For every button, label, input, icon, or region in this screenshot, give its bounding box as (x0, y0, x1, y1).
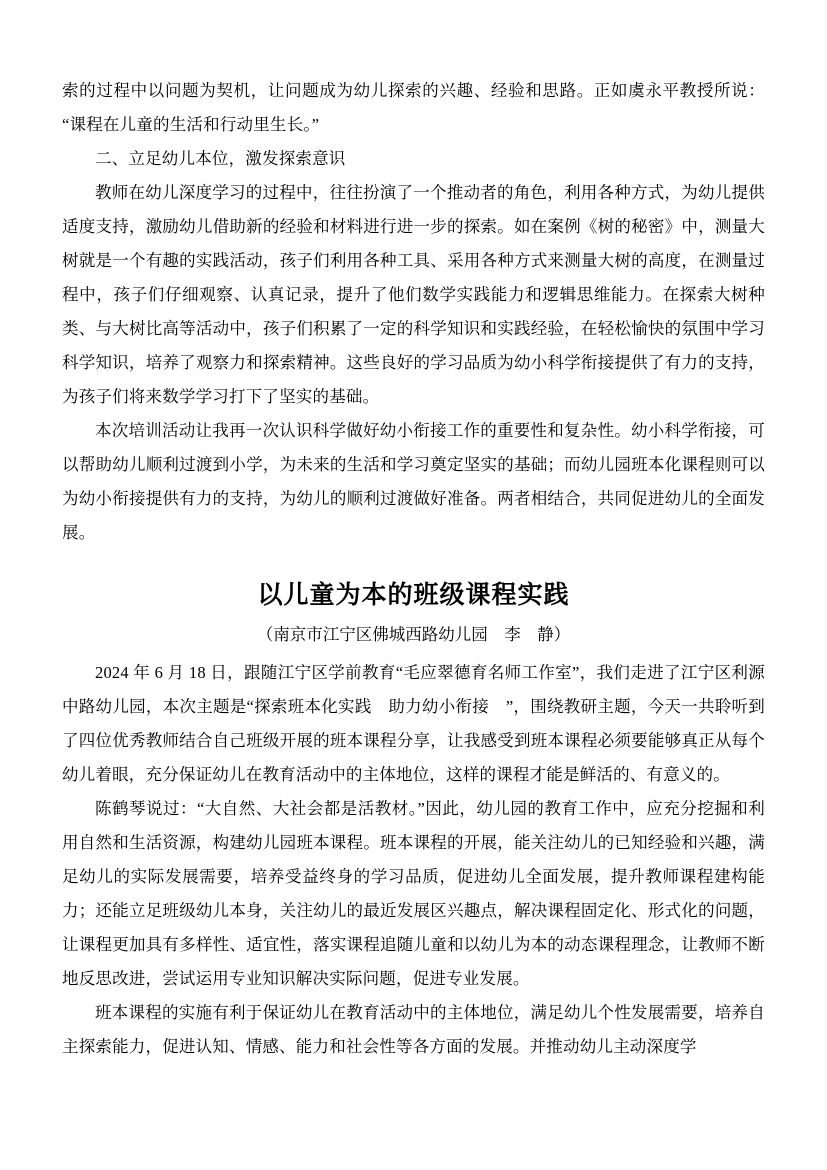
document-page: 索的过程中以问题为契机，让问题成为幼儿探索的兴趣、经验和思路。正如虞永平教授所说… (0, 0, 827, 1170)
paragraph-implementation: 班本课程的实施有利于保证幼儿在教育活动中的主体地位，满足幼儿个性发展需要，培养自… (62, 996, 765, 1064)
paragraph-chenheqin: 陈鹤琴说过：“大自然、大社会都是活教材。”因此，幼儿园的教育工作中，应充分挖掘和… (62, 792, 765, 996)
paragraph-training-summary: 本次培训活动让我再一次认识科学做好幼小衔接工作的重要性和复杂性。幼小科学衔接，可… (62, 414, 765, 550)
paragraph-visit: 2024 年 6 月 18 日，跟随江宁区学前教育“毛应翠德育名师工作室”，我们… (62, 656, 765, 792)
continuation-paragraph: 索的过程中以问题为契机，让问题成为幼儿探索的兴趣、经验和思路。正如虞永平教授所说… (62, 74, 765, 142)
section-heading: 二、立足幼儿本位，激发探索意识 (62, 142, 765, 176)
paragraph-teacher-role: 教师在幼儿深度学习的过程中，往往扮演了一个推动者的角色，利用各种方式，为幼儿提供… (62, 176, 765, 414)
article-title: 以儿童为本的班级课程实践 (62, 574, 765, 618)
article-byline: （南京市江宁区佛城西路幼儿园 李 静） (62, 618, 765, 652)
